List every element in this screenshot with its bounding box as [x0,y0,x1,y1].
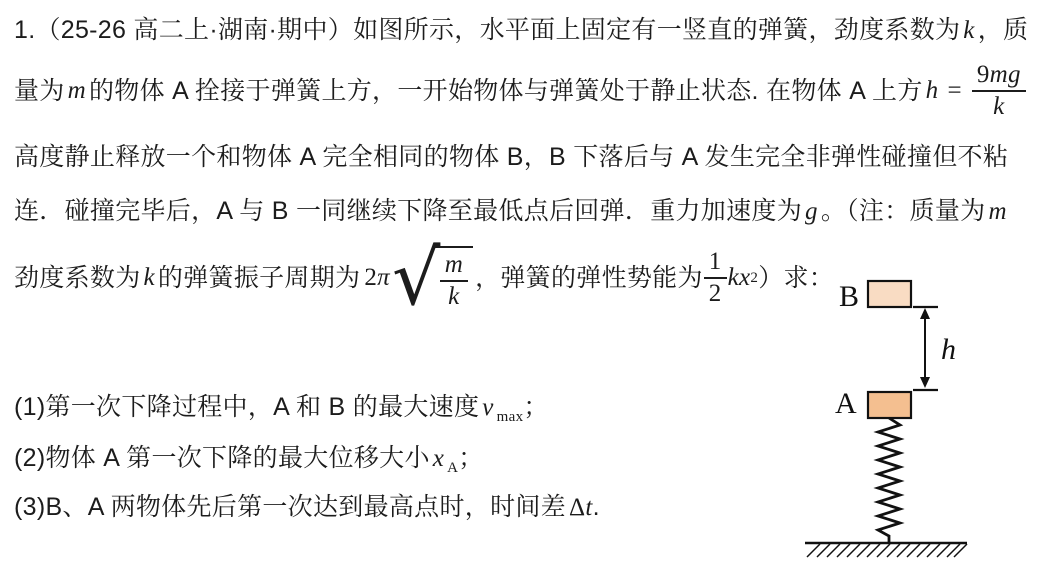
variable-k: k [960,17,977,44]
problem-line-3: 高度静止释放一个和物体 A 完全相同的物体 B，B 下落后与 A 发生完全非弹性… [14,141,1008,174]
subscript-max: max [497,409,524,425]
fraction-m-k: mk [440,252,468,311]
problem-line-5: 劲度系数为k的弹簧振子周期为2π√mk，弹簧的弹性势能为12kx2）求： [14,246,834,311]
spring-block-diagram: B h A [793,266,1037,566]
line4-text: 连．碰撞完毕后，A 与 B 一同继续下降至最低点后回弹．重力加速度为 [14,197,802,225]
variable-x: x [430,445,447,472]
h-label: h [941,333,956,366]
diagram-svg: B h A [793,266,1037,566]
problem-line-4: 连．碰撞完毕后，A 与 B 一同继续下降至最低点后回弹．重力加速度为g。（注：质… [14,195,1010,229]
spring-icon [878,418,900,543]
variable-t: t [585,494,592,521]
radical-sign: √ [392,246,441,310]
h-arrow-up-head [920,308,930,319]
variable-h: h [923,75,942,108]
variable-kx: kx [728,262,751,295]
block-a [868,392,911,418]
variable-m: m [65,75,89,108]
subscript-a: A [447,460,458,476]
fraction-9mg-k: 9mgk [972,62,1026,121]
line5-text-mid2: ，弹簧的弹性势能为 [475,262,703,295]
block-a-label: A [835,387,857,420]
question-3: (3)B、A 两物体先后第一次达到最高点时，时间差Δt. [14,491,600,525]
variable-g: g [802,198,821,225]
fraction-one-half: 12 [704,249,727,308]
q1-punct: ； [523,393,548,421]
delta-symbol: Δ [566,494,585,521]
block-b-label: B [839,280,859,313]
line2-text: 量为 [14,75,65,108]
question-2: (2)物体 A 第一次下降的最大位移大小xA； [14,442,484,479]
line3-text: 高度静止释放一个和物体 A 完全相同的物体 B，B 下落后与 A 发生完全非弹性… [14,143,1008,171]
ground-hatching [807,544,967,557]
fraction-denominator: k [972,92,1026,120]
fraction-numerator: 9mg [972,62,1026,92]
coefficient-2: 2 [360,262,377,295]
line1-text: 1.（25-26 高二上·湖南·期中）如图所示，水平面上固定有一竖直的弹簧，劲度… [14,16,960,44]
line2-text-mid: 的物体 A 拴接于弹簧上方，一开始物体与弹簧处于静止状态. 在物体 A 上方 [89,75,923,108]
variable-m2: m [985,198,1009,225]
equals-sign: = [941,75,967,108]
line5-text: 劲度系数为 [14,262,141,295]
problem-line-1: 1.（25-26 高二上·湖南·期中）如图所示，水平面上固定有一竖直的弹簧，劲度… [14,14,1028,48]
variable-k2: k [141,262,158,295]
q3-punct: . [593,493,600,521]
variable-pi: π [377,262,390,295]
q3-text: (3)B、A 两物体先后第一次达到最高点时，时间差 [14,493,566,521]
line1-text-end: ，质 [978,16,1029,44]
variable-v: v [479,394,496,421]
q1-text: (1)第一次下降过程中，A 和 B 的最大速度 [14,393,479,421]
q2-punct: ； [458,444,483,472]
h-arrow-down-head [920,377,930,388]
q2-text: (2)物体 A 第一次下降的最大位移大小 [14,444,430,472]
radicand: mk [435,246,473,311]
problem-line-2: 量为m的物体 A 拴接于弹簧上方，一开始物体与弹簧处于静止状态. 在物体 A 上… [14,62,1030,121]
physics-problem-document: 1.（25-26 高二上·湖南·期中）如图所示，水平面上固定有一竖直的弹簧，劲度… [0,0,1038,571]
block-b [868,281,911,307]
exponent-2: 2 [750,269,758,289]
question-1: (1)第一次下降过程中，A 和 B 的最大速度vmax； [14,391,549,428]
line5-text-mid: 的弹簧振子周期为 [158,262,360,295]
square-root: √mk [392,246,473,311]
line4-text-mid: 。（注：质量为 [821,197,986,225]
